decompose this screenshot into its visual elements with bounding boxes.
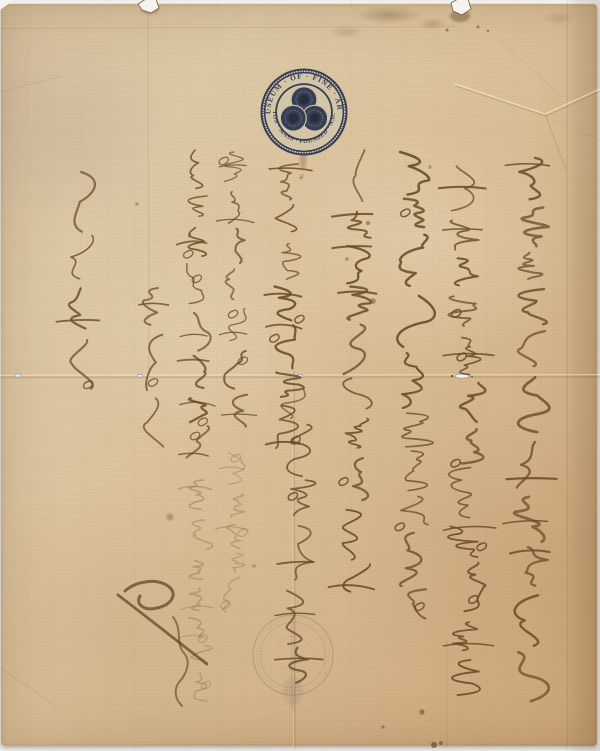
- ink-spot: [446, 29, 449, 32]
- stain-spot: [167, 514, 174, 521]
- trefoil-core: [310, 113, 320, 123]
- photograph-of-letter: MUSEUM · OF · FINE · ARTS BOSTON · MASS …: [0, 0, 600, 751]
- ink-spot: [345, 257, 349, 261]
- trefoil-core: [299, 95, 309, 105]
- stain-spot: [252, 564, 256, 568]
- ink-spot: [428, 165, 431, 168]
- ink-spot: [135, 202, 139, 206]
- stain-spot: [300, 174, 304, 178]
- fold-fleck: [471, 376, 473, 378]
- ink-spot: [477, 26, 480, 29]
- museum-seal: MUSEUM · OF · FINE · ARTS BOSTON · MASS …: [261, 69, 348, 156]
- letter-artwork: MUSEUM · OF · FINE · ARTS BOSTON · MASS …: [0, 0, 600, 751]
- fold-glint: [138, 374, 143, 377]
- ink-spot: [419, 709, 424, 714]
- ink-stroke: [507, 478, 557, 479]
- trefoil-core: [288, 113, 298, 123]
- ink-spot: [487, 30, 489, 32]
- fold-glint: [15, 374, 21, 377]
- ink-spot: [431, 742, 437, 748]
- fold-fleck: [451, 375, 453, 377]
- ink-spot: [381, 725, 384, 728]
- ink-spot: [439, 741, 443, 745]
- ink-spot: [366, 221, 370, 225]
